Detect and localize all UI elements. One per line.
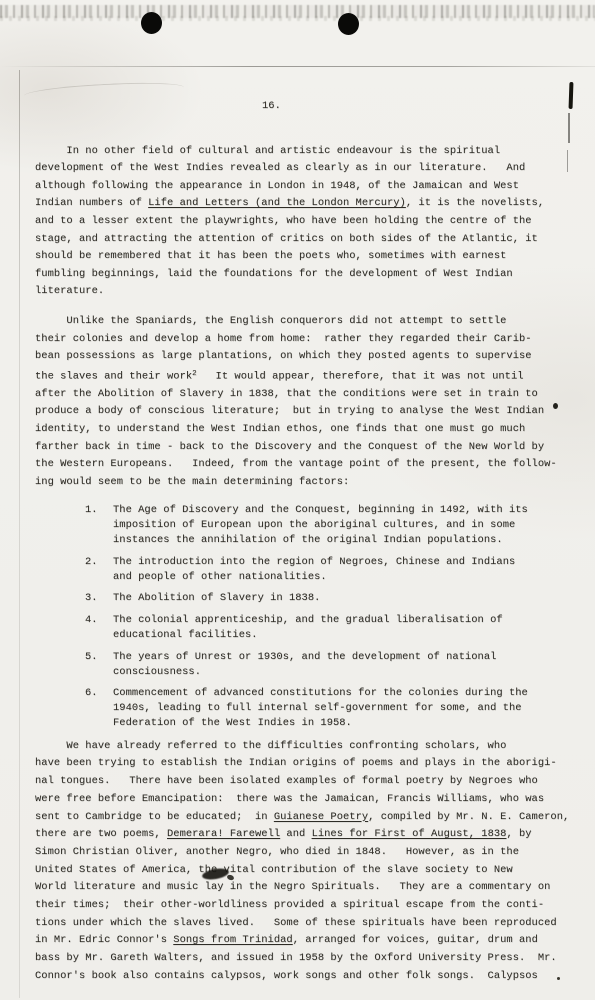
text-line: after the Abolition of Slavery in 1838, … bbox=[35, 386, 555, 404]
text-segment: there are two poems, bbox=[35, 828, 167, 840]
text-segment: bean possessions as large plantations, o… bbox=[35, 350, 532, 362]
text-segment: Connor's book also contains calypsos, wo… bbox=[35, 970, 538, 982]
text-segment: consciousness. bbox=[113, 666, 201, 678]
text-segment: produce a body of conscious literature; … bbox=[35, 405, 544, 417]
text-line: The Abolition of Slavery in 1838. bbox=[113, 591, 320, 606]
text-line: imposition of European upon the aborigin… bbox=[113, 518, 528, 533]
text-segment: and bbox=[280, 828, 311, 840]
text-segment: Commencement of advanced constitutions f… bbox=[113, 687, 528, 699]
list-item-text: The Age of Discovery and the Conquest, b… bbox=[113, 503, 528, 547]
list-item-number: 4. bbox=[85, 613, 113, 643]
text-segment: instances the annihilation of the origin… bbox=[113, 534, 503, 546]
text-line: Commencement of advanced constitutions f… bbox=[113, 686, 528, 701]
text-segment: literature. bbox=[35, 285, 104, 297]
text-line: United States of America, the vital cont… bbox=[35, 862, 555, 880]
text-line: their colonies and develop a home from h… bbox=[35, 331, 555, 349]
text-segment: have been trying to establish the Indian… bbox=[35, 757, 557, 769]
text-line: literature. bbox=[35, 283, 555, 301]
text-segment: Unlike the Spaniards, the English conque… bbox=[35, 315, 506, 327]
text-line: Simon Christian Oliver, another Negro, w… bbox=[35, 844, 555, 862]
list-item: 5.The years of Unrest or 1930s, and the … bbox=[35, 650, 555, 680]
text-segment: World literature and music lay in the Ne… bbox=[35, 881, 550, 893]
right-margin-line-mark-2 bbox=[567, 150, 568, 172]
scan-noise-band-secondary bbox=[0, 16, 595, 21]
list-item: 4.The colonial apprenticeship, and the g… bbox=[35, 613, 555, 643]
text-line: instances the annihilation of the origin… bbox=[113, 533, 528, 548]
underlined-title: Demerara! Farewell bbox=[167, 828, 280, 840]
text-segment: the slaves and their work bbox=[35, 370, 192, 382]
text-segment: fumbling beginnings, laid the foundation… bbox=[35, 268, 513, 280]
text-segment: The colonial apprenticeship, and the gra… bbox=[113, 614, 503, 626]
list-item-text: The years of Unrest or 1930s, and the de… bbox=[113, 650, 496, 680]
list-item-number: 2. bbox=[85, 555, 113, 585]
text-line: tions under which the slaves lived. Some… bbox=[35, 915, 555, 933]
document-body: In no other field of cultural and artist… bbox=[35, 143, 555, 986]
text-line: Connor's book also contains calypsos, wo… bbox=[35, 968, 555, 986]
text-line: fumbling beginnings, laid the foundation… bbox=[35, 266, 555, 284]
text-segment: United States of America, the vital cont… bbox=[35, 864, 513, 876]
text-line: World literature and music lay in the Ne… bbox=[35, 879, 555, 897]
text-segment: although following the appearance in Lon… bbox=[35, 180, 519, 192]
text-segment: ing would seem to be the main determinin… bbox=[35, 476, 349, 488]
text-segment: were free before Emancipation: there was… bbox=[35, 793, 544, 805]
text-line: produce a body of conscious literature; … bbox=[35, 403, 555, 421]
text-line: bean possessions as large plantations, o… bbox=[35, 348, 555, 366]
text-line: In no other field of cultural and artist… bbox=[35, 143, 555, 161]
list-item-number: 1. bbox=[85, 503, 113, 547]
text-segment: The Abolition of Slavery in 1838. bbox=[113, 592, 320, 604]
text-line: development of the West Indies revealed … bbox=[35, 160, 555, 178]
text-line: in Mr. Edric Connor's Songs from Trinida… bbox=[35, 932, 555, 950]
text-segment: , by bbox=[506, 828, 531, 840]
text-line: We have already referred to the difficul… bbox=[35, 738, 555, 756]
page-number: 16. bbox=[35, 98, 555, 116]
text-line: educational facilities. bbox=[113, 628, 503, 643]
list-item: 2.The introduction into the region of Ne… bbox=[35, 555, 555, 585]
text-line: farther back in time - back to the Disco… bbox=[35, 439, 555, 457]
list-item: 6.Commencement of advanced constitutions… bbox=[35, 686, 555, 730]
text-line: identity, to understand the West Indian … bbox=[35, 421, 555, 439]
text-line: were free before Emancipation: there was… bbox=[35, 791, 555, 809]
text-line: Indian numbers of Life and Letters (and … bbox=[35, 195, 555, 213]
list-item: 3.The Abolition of Slavery in 1838. bbox=[35, 591, 555, 606]
list-item-number: 5. bbox=[85, 650, 113, 680]
text-line: Federation of the West Indies in 1958. bbox=[113, 716, 528, 731]
underlined-title: Life and Letters (and the London Mercury… bbox=[148, 197, 406, 209]
list-item-text: The Abolition of Slavery in 1838. bbox=[113, 591, 320, 606]
text-segment: farther back in time - back to the Disco… bbox=[35, 441, 544, 453]
text-segment: In no other field of cultural and artist… bbox=[35, 145, 500, 157]
text-segment: development of the West Indies revealed … bbox=[35, 162, 525, 174]
text-line: and people of other nationalities. bbox=[113, 570, 515, 585]
underlined-title: Songs from Trinidad bbox=[173, 934, 292, 946]
text-line: the Western Europeans. Indeed, from the … bbox=[35, 456, 555, 474]
text-segment: should be remembered that it has been th… bbox=[35, 250, 506, 262]
text-line: Unlike the Spaniards, the English conque… bbox=[35, 313, 555, 331]
text-line: The colonial apprenticeship, and the gra… bbox=[113, 613, 503, 628]
text-segment: The introduction into the region of Negr… bbox=[113, 556, 515, 568]
paper-fold-line bbox=[0, 66, 595, 67]
paragraph: Unlike the Spaniards, the English conque… bbox=[35, 313, 555, 491]
text-segment: imposition of European upon the aborigin… bbox=[113, 519, 515, 531]
text-segment: their colonies and develop a home from h… bbox=[35, 333, 532, 345]
text-line: stage, and attracting the attention of c… bbox=[35, 231, 555, 249]
text-line: although following the appearance in Lon… bbox=[35, 178, 555, 196]
paragraph: We have already referred to the difficul… bbox=[35, 738, 555, 986]
list-item-number: 6. bbox=[85, 686, 113, 730]
text-segment: tions under which the slaves lived. Some… bbox=[35, 917, 557, 929]
text-segment: nal tongues. There have been isolated ex… bbox=[35, 775, 538, 787]
text-segment: We have already referred to the difficul… bbox=[35, 740, 506, 752]
text-segment: and people of other nationalities. bbox=[113, 571, 327, 583]
text-segment: The Age of Discovery and the Conquest, b… bbox=[113, 504, 528, 516]
underlined-title: Guianese Poetry bbox=[274, 811, 368, 823]
text-line: bass by Mr. Gareth Walters, and issued i… bbox=[35, 950, 555, 968]
text-line: have been trying to establish the Indian… bbox=[35, 755, 555, 773]
list-item-text: The introduction into the region of Negr… bbox=[113, 555, 515, 585]
text-line: the slaves and their work2 It would appe… bbox=[35, 366, 555, 386]
text-column: 16. In no other field of cultural and ar… bbox=[35, 98, 555, 998]
list-item: 1.The Age of Discovery and the Conquest,… bbox=[35, 503, 555, 547]
text-segment: sent to Cambridge to be educated; in bbox=[35, 811, 274, 823]
paragraph: In no other field of cultural and artist… bbox=[35, 143, 555, 301]
text-line: The years of Unrest or 1930s, and the de… bbox=[113, 650, 496, 665]
text-segment: The years of Unrest or 1930s, and the de… bbox=[113, 651, 496, 663]
numbered-list: 1.The Age of Discovery and the Conquest,… bbox=[35, 503, 555, 730]
text-line: and to a lesser extent the playwrights, … bbox=[35, 213, 555, 231]
list-item-number: 3. bbox=[85, 591, 113, 606]
text-line: nal tongues. There have been isolated ex… bbox=[35, 773, 555, 791]
text-segment: , compiled by Mr. N. E. Cameron, bbox=[368, 811, 569, 823]
text-line: 1940s, leading to full internal self-gov… bbox=[113, 701, 528, 716]
text-line: should be remembered that it has been th… bbox=[35, 248, 555, 266]
text-segment: It would appear, therefore, that it was … bbox=[197, 370, 524, 382]
text-segment: in Mr. Edric Connor's bbox=[35, 934, 173, 946]
text-line: there are two poems, Demerara! Farewell … bbox=[35, 826, 555, 844]
text-line: consciousness. bbox=[113, 665, 496, 680]
list-item-text: Commencement of advanced constitutions f… bbox=[113, 686, 528, 730]
list-item-text: The colonial apprenticeship, and the gra… bbox=[113, 613, 503, 643]
right-margin-line-mark bbox=[568, 113, 570, 143]
text-segment: their times; their other-worldliness pro… bbox=[35, 899, 544, 911]
text-segment: identity, to understand the West Indian … bbox=[35, 423, 525, 435]
text-segment: 1940s, leading to full internal self-gov… bbox=[113, 702, 522, 714]
text-segment: , arranged for voices, guitar, drum and bbox=[293, 934, 538, 946]
punch-hole-right bbox=[338, 13, 359, 35]
right-margin-ink-mark bbox=[569, 82, 574, 109]
text-line: sent to Cambridge to be educated; in Gui… bbox=[35, 809, 555, 827]
text-segment: Indian numbers of bbox=[35, 197, 148, 209]
text-segment: bass by Mr. Gareth Walters, and issued i… bbox=[35, 952, 557, 964]
text-segment: the Western Europeans. Indeed, from the … bbox=[35, 458, 557, 470]
text-segment: and to a lesser extent the playwrights, … bbox=[35, 215, 532, 227]
text-segment: stage, and attracting the attention of c… bbox=[35, 233, 538, 245]
punch-hole-left bbox=[141, 12, 162, 34]
text-segment: , it is the novelists, bbox=[406, 197, 544, 209]
text-segment: educational facilities. bbox=[113, 629, 258, 641]
text-line: The introduction into the region of Negr… bbox=[113, 555, 515, 570]
text-segment: Federation of the West Indies in 1958. bbox=[113, 717, 352, 729]
paper-left-edge bbox=[19, 70, 20, 998]
text-line: their times; their other-worldliness pro… bbox=[35, 897, 555, 915]
underlined-title: Lines for First of August, 1838 bbox=[312, 828, 507, 840]
text-line: The Age of Discovery and the Conquest, b… bbox=[113, 503, 528, 518]
text-line: ing would seem to be the main determinin… bbox=[35, 474, 555, 492]
scanned-page: 16. In no other field of cultural and ar… bbox=[0, 0, 595, 1000]
text-segment: Simon Christian Oliver, another Negro, w… bbox=[35, 846, 519, 858]
text-segment: after the Abolition of Slavery in 1838, … bbox=[35, 388, 538, 400]
bottom-right-speck bbox=[557, 977, 560, 980]
